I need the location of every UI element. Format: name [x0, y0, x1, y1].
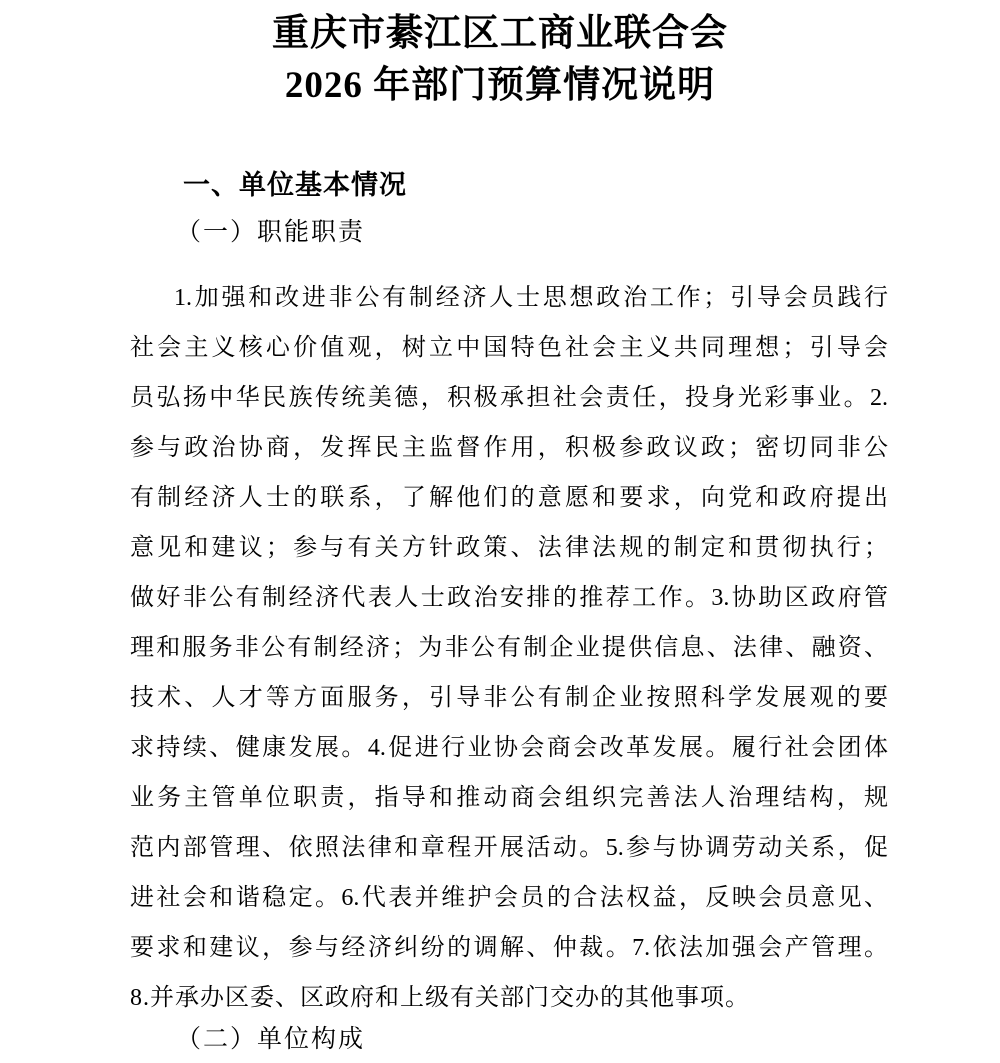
paragraph-line: 业务主管单位职责，指导和推动商会组织完善法人治理结构，规	[130, 773, 888, 823]
subsection-heading-duties: （一）职能职责	[176, 218, 1000, 248]
title-line-2: 2026 年部门预算情况说明	[0, 60, 1000, 112]
subsection-heading-unit-composition: （二）单位构成	[176, 1025, 1000, 1055]
paragraph-line: 员弘扬中华民族传统美德，积极承担社会责任，投身光彩事业。2.	[130, 373, 888, 423]
paragraph-line: 要求和建议，参与经济纠纷的调解、仲裁。7.依法加强会产管理。	[130, 923, 888, 973]
paragraph-line: 有制经济人士的联系，了解他们的意愿和要求，向党和政府提出	[130, 473, 888, 523]
document-title: 重庆市綦江区工商业联合会 2026 年部门预算情况说明	[0, 0, 1000, 112]
paragraph-line: 1.加强和改进非公有制经济人士思想政治工作；引导会员践行	[130, 273, 888, 323]
paragraph-line: 进社会和谐稳定。6.代表并维护会员的合法权益，反映会员意见、	[130, 873, 888, 923]
paragraph-line: 8.并承办区委、区政府和上级有关部门交办的其他事项。	[130, 973, 888, 1023]
document-page: 重庆市綦江区工商业联合会 2026 年部门预算情况说明 一、单位基本情况 （一）…	[0, 0, 1000, 1063]
paragraph-line: 求持续、健康发展。4.促进行业协会商会改革发展。履行社会团体	[130, 723, 888, 773]
paragraph-line: 技术、人才等方面服务，引导非公有制企业按照科学发展观的要	[130, 673, 888, 723]
paragraph-line: 范内部管理、依照法律和章程开展活动。5.参与协调劳动关系，促	[130, 823, 888, 873]
paragraph-line: 参与政治协商，发挥民主监督作用，积极参政议政；密切同非公	[130, 423, 888, 473]
title-line-1: 重庆市綦江区工商业联合会	[0, 8, 1000, 60]
paragraph-line: 理和服务非公有制经济；为非公有制企业提供信息、法律、融资、	[130, 623, 888, 673]
duties-paragraph: 1.加强和改进非公有制经济人士思想政治工作；引导会员践行社会主义核心价值观，树立…	[130, 273, 888, 1023]
section-heading-unit-basic-info: 一、单位基本情况	[183, 170, 1000, 200]
paragraph-line: 做好非公有制经济代表人士政治安排的推荐工作。3.协助区政府管	[130, 573, 888, 623]
paragraph-line: 社会主义核心价值观，树立中国特色社会主义共同理想；引导会	[130, 323, 888, 373]
paragraph-line: 意见和建议；参与有关方针政策、法律法规的制定和贯彻执行；	[130, 523, 888, 573]
